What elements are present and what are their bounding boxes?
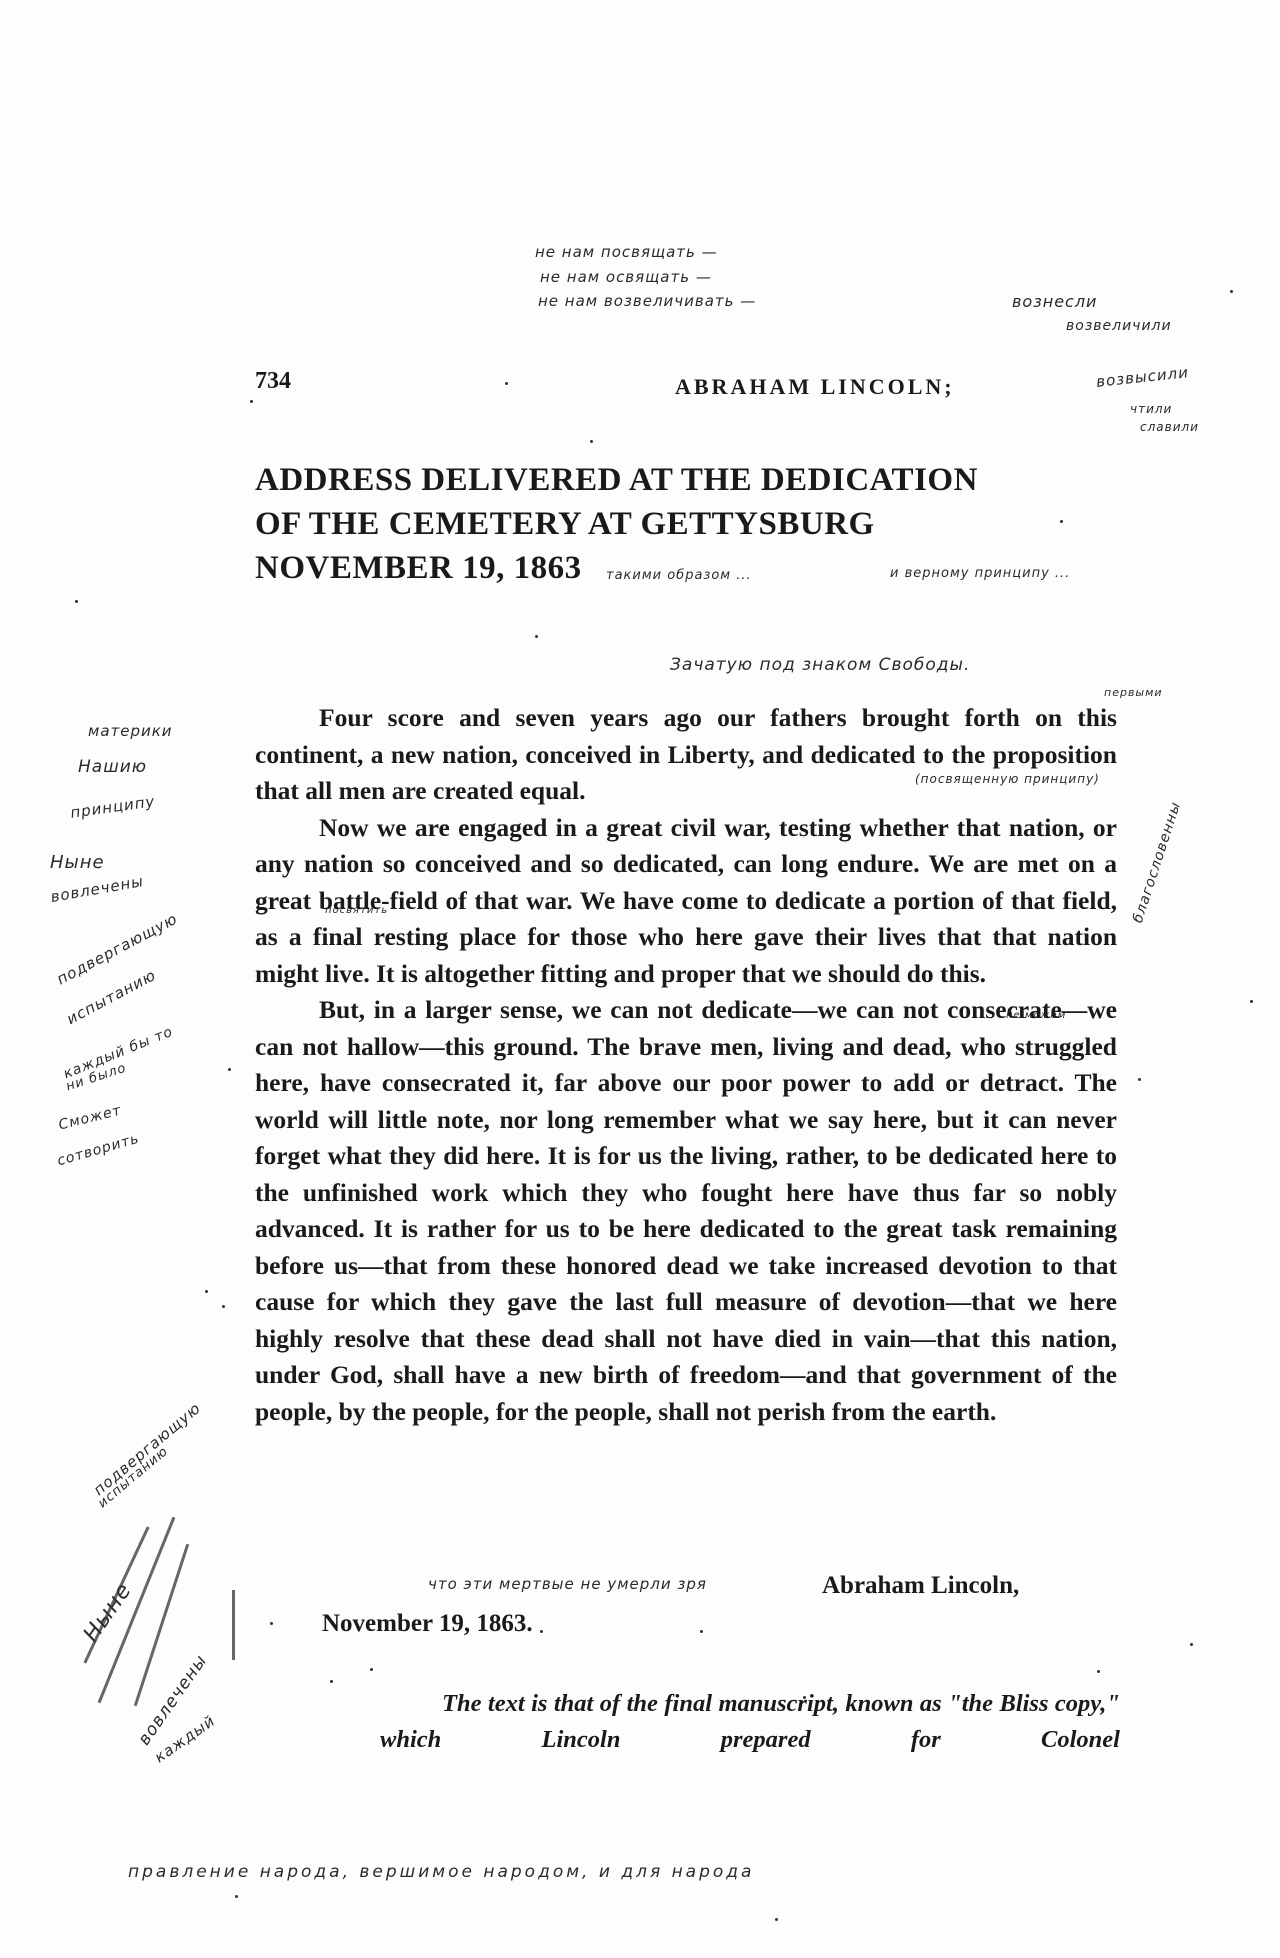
handwritten-note: не нам посвящать —: [535, 243, 718, 261]
handwritten-note: сотворить: [55, 1131, 141, 1170]
handwritten-note: Зачатую под знаком Свободы.: [670, 655, 970, 675]
handwritten-note: Ныне: [50, 852, 105, 873]
handwritten-note: такими образом ...: [606, 568, 752, 583]
signature-date: November 19, 1863.: [322, 1610, 533, 1638]
paragraph: Now we are engaged in a great civil war,…: [255, 810, 1117, 993]
title-line-1: ADDRESS DELIVERED AT THE DEDICATION: [255, 458, 1075, 502]
handwritten-note: принципу: [69, 792, 156, 822]
handwritten-note: подвергающую: [90, 1399, 204, 1499]
paragraph: Four score and seven years ago our fathe…: [255, 700, 1117, 810]
handwritten-note: чтили: [1130, 402, 1172, 416]
signature: Abraham Lincoln,: [822, 1572, 1019, 1600]
handwritten-note: Сможет: [57, 1102, 123, 1133]
handwritten-note: правление народа, вершимое народом, и дл…: [128, 1862, 754, 1882]
handwritten-note: вовлечены: [49, 872, 145, 906]
handwritten-note: Нашию: [78, 757, 147, 777]
handwritten-note: материки: [88, 722, 173, 740]
handwritten-note: не нам возвеличивать —: [538, 292, 756, 310]
page-number: 734: [255, 368, 291, 395]
title-line-2: OF THE CEMETERY AT GETTYSBURG: [255, 502, 1075, 546]
handwritten-note: что эти мертвые не умерли зря: [428, 1575, 707, 1593]
handwritten-note: возвеличили: [1066, 318, 1172, 334]
handwritten-note: возвысили: [1095, 363, 1189, 391]
handwritten-note: первыми: [1104, 686, 1163, 699]
handwritten-note: не нам освящать —: [540, 268, 712, 286]
running-head: ABRAHAM LINCOLN;: [675, 374, 955, 400]
handwritten-note: славили: [1140, 420, 1199, 434]
handwritten-note: и верному принципу ...: [890, 566, 1070, 581]
address-body: Four score and seven years ago our fathe…: [255, 700, 1117, 1430]
handwritten-note: подвергающую: [54, 910, 181, 989]
scribble-mark: [232, 1590, 235, 1660]
document-page: не нам посвящать — не нам освящать — не …: [0, 0, 1280, 1958]
handwritten-note: вознесли: [1012, 292, 1097, 311]
paragraph: But, in a larger sense, we can not dedic…: [255, 992, 1117, 1430]
handwritten-note: благословенны: [1130, 800, 1184, 925]
note-text: The text is that of the final manuscript…: [380, 1686, 1120, 1758]
editorial-note: The text is that of the final manuscript…: [380, 1686, 1120, 1758]
